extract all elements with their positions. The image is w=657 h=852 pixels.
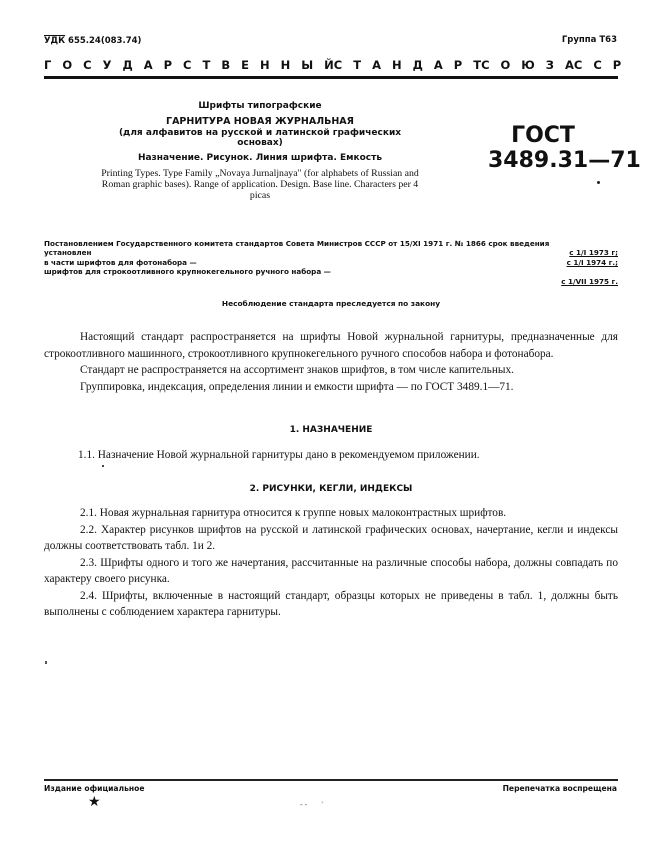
intro-paragraph: Группировка, индексация, определения лин… — [44, 379, 618, 396]
gost-label: ГОСТ — [488, 123, 598, 148]
section-1-heading: 1. НАЗНАЧЕНИЕ — [44, 425, 618, 435]
decree-line-3: в части шрифтов для фотонабора — — [44, 258, 197, 267]
banner-rule — [44, 76, 618, 79]
decree-line-1: Постановлением Государственного комитета… — [44, 239, 549, 248]
dot-mark — [597, 181, 600, 184]
star-icon: ★ — [88, 796, 101, 810]
section-2-heading: 2. РИСУНКИ, КЕГЛИ, ИНДЕКСЫ — [44, 484, 618, 494]
clause-1-1: 1.1. Назначение Новой журнальной гарниту… — [78, 447, 480, 464]
date-1973: с 1/I 1973 г; — [569, 248, 618, 257]
date-1975: с 1/VII 1975 г. — [561, 277, 618, 286]
title-line-1: Шрифты типографские — [95, 101, 425, 111]
clause-2-2: 2.2. Характер рисунков шрифтов на русско… — [44, 522, 618, 555]
decree-line-4: шрифтов для строкоотливного крупнокегель… — [44, 267, 331, 276]
udk-prefix: УДК — [44, 36, 65, 46]
title-block: Шрифты типографские ГАРНИТУРА НОВАЯ ЖУРН… — [95, 101, 425, 201]
group-code: Группа Т63 — [562, 35, 617, 45]
stray-marks: - - ' — [300, 800, 323, 809]
clause-2-1: 2.1. Новая журнальная гарнитура относитс… — [44, 505, 618, 522]
clause-2-4: 2.4. Шрифты, включенные в настоящий стан… — [44, 588, 618, 621]
banner-word: ССР — [574, 58, 621, 72]
banner-word: СТАНДАРТ — [334, 58, 481, 72]
footer-rule — [44, 779, 618, 781]
section-2-body: 2.1. Новая журнальная гарнитура относитс… — [44, 505, 618, 621]
title-line-3: (для алфавитов на русской и латинской гр… — [95, 128, 425, 148]
intro-text: Настоящий стандарт распространяется на ш… — [44, 329, 618, 395]
banner-word: СОЮЗА — [481, 58, 574, 72]
title-line-4: Назначение. Рисунок. Линия шрифта. Емкос… — [95, 153, 425, 163]
intro-paragraph: Стандарт не распространяется на ассортим… — [44, 362, 618, 379]
decree-line-2: установлен — [44, 248, 92, 257]
english-title: Printing Types. Type Family „Novaya Jurn… — [95, 168, 425, 201]
clause-2-3: 2.3. Шрифты одного и того же начертания,… — [44, 555, 618, 588]
banner-word: ГОСУДАРСТВЕННЫЙ — [44, 58, 334, 72]
date-1974: с 1/I 1974 г.; — [567, 258, 618, 267]
stray-mark — [102, 465, 104, 467]
reprint-prohibited-label: Перепечатка воспрещена — [503, 784, 617, 793]
stray-mark — [45, 661, 47, 664]
intro-paragraph: Настоящий стандарт распространяется на ш… — [44, 329, 618, 362]
decree-block: Постановлением Государственного комитета… — [44, 239, 618, 286]
udk-code: УДК 655.24(083.74) — [44, 36, 141, 46]
gost-designation: ГОСТ 3489.31—71 — [488, 123, 598, 173]
standard-banner: ГОСУДАРСТВЕННЫЙСТАНДАРТСОЮЗАССР — [44, 58, 618, 72]
official-edition-label: Издание официальное — [44, 784, 145, 793]
gost-number: 3489.31—71 — [488, 148, 598, 173]
legal-notice: Несоблюдение стандарта преследуется по з… — [44, 299, 618, 308]
title-line-2: ГАРНИТУРА НОВАЯ ЖУРНАЛЬНАЯ — [95, 116, 425, 127]
